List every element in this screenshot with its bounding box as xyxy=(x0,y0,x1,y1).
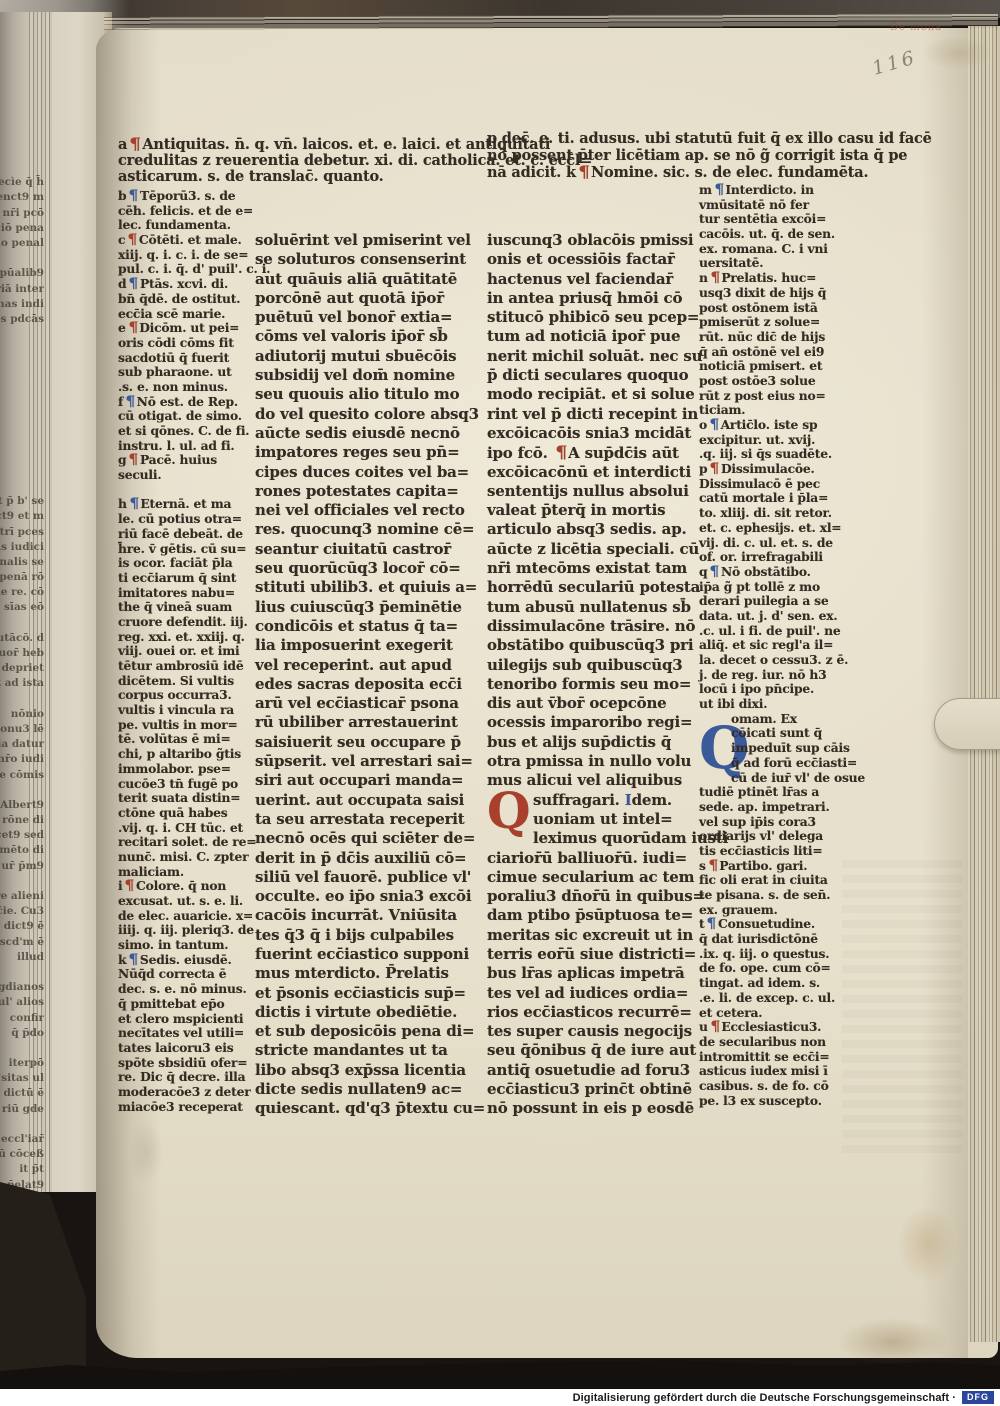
header-block-right: p dec̄. e. ti. adusus. ubi statutū fuit … xyxy=(487,131,847,181)
drop-cap-initial: Q xyxy=(487,791,529,830)
text-line: et cetera. xyxy=(699,1006,845,1021)
text-line: of. or. irrefragabili xyxy=(699,550,845,565)
text-line: seculi. xyxy=(118,468,244,483)
text-line: aut quāuis aliā quātitatē xyxy=(255,270,455,289)
text-line: aliq̄. et sic regl'a il= xyxy=(699,638,845,653)
gutter-fragment xyxy=(0,479,44,494)
gutter-fragment: nōnio xyxy=(0,707,44,722)
text-line: ta seu arrestata receperit xyxy=(255,810,455,829)
colored-initial: I xyxy=(625,791,632,809)
gutter-fragment: ias iudici xyxy=(0,540,44,555)
text-line: mus mterdicto. P̄relatis xyxy=(255,964,455,983)
gutter-fragment: gdianos xyxy=(0,980,44,995)
digitization-credit-bar: Digitalisierung gefördert durch die Deut… xyxy=(0,1389,1000,1406)
gutter-fragment: riā inter xyxy=(0,282,44,297)
gutter-fragment xyxy=(0,464,44,479)
text-line: m¶Interdicto. in xyxy=(699,183,845,198)
credit-text: Digitalisierung gefördert durch die Deut… xyxy=(573,1392,956,1404)
text-line: la. decet o cessu3. z ē. xyxy=(699,653,845,668)
gutter-fragment: cia datur xyxy=(0,737,44,752)
text-line: g¶Pacē. huius xyxy=(118,453,244,468)
text-line: et. c. ephesijs. et. xl= xyxy=(699,521,845,536)
text-line: a¶Antiquitas. n̄. q. vn̄. laicos. et. e.… xyxy=(118,136,452,153)
text-line: cacōis. ut. q̄. de sen. xyxy=(699,227,845,242)
text-line: bus et alijs sup̄dictis q̄ xyxy=(487,733,683,752)
text-line: tum ad noticiā ipor̄ pue xyxy=(487,327,683,346)
text-line: pe. l3 ex suscepto. xyxy=(699,1094,845,1109)
text-line: usq3 dixit de hijs q̄ xyxy=(699,286,845,301)
text-line: noticiā pmisert. et xyxy=(699,359,845,374)
text-line: uersitatē. xyxy=(699,256,845,271)
gutter-fragment xyxy=(0,616,44,631)
text-line: do vel quesito colore absq3 xyxy=(255,405,455,424)
paragraph-mark: ¶ xyxy=(708,859,718,874)
text-line: et si qōnes. C. de fi. xyxy=(118,424,244,439)
stain xyxy=(838,1318,948,1366)
paragraph-mark: ¶ xyxy=(710,271,720,286)
text-line: moderacōe3 z deter xyxy=(118,1085,244,1100)
stain xyxy=(898,1205,956,1283)
text-line: subsidij vel dom̄ nomine xyxy=(255,366,455,385)
text-line: asticus iudex misi ī xyxy=(699,1064,845,1079)
text-line: cacōis incurrāt. Vniūsita xyxy=(255,906,455,925)
text-line: ciarior̄ū balliuor̄ū. iudi= xyxy=(487,849,683,868)
text-line: derari puilegia a se xyxy=(699,594,845,609)
text-line: terris eor̄ū siue districti= xyxy=(487,945,683,964)
text-line: stituti ubilib3. et quiuis a= xyxy=(255,578,455,597)
text-line: s¶Partibo. gari. xyxy=(699,859,845,874)
text-line: rint vel p̄ dicti recepint in xyxy=(487,405,683,424)
text-line: quiescant. qd'q3 p̄textu cu= xyxy=(255,1099,455,1118)
gutter-fragment xyxy=(0,449,44,464)
text-line: d¶Ptās. xcvi. di. xyxy=(118,277,244,292)
text-line: q̄ pmittebat ep̄o xyxy=(118,997,244,1012)
text-line: .q. iij. si q̄s suadēte. xyxy=(699,447,845,462)
text-line: vel sup ip̄is cora3 xyxy=(699,815,845,830)
text-line: hactenus vel faciendar̄ xyxy=(487,270,683,289)
text-line: dissimulacōne trāsire. nō xyxy=(487,617,683,636)
paragraph-mark: ¶ xyxy=(125,879,135,894)
text-line: siri aut occupari manda= xyxy=(255,771,455,790)
gutter-fragment: eccl'iar̄ xyxy=(0,1132,44,1147)
text-line: corpus occurra3. xyxy=(118,688,244,703)
text-line: ecc̄iasticu3 princ̄t obtinē xyxy=(487,1080,683,1099)
gutter-fragment: dict9 ē xyxy=(0,919,44,934)
paragraph-mark: ¶ xyxy=(129,136,141,153)
gutter-fragment xyxy=(0,1117,44,1132)
text-line: immolabor. pse= xyxy=(118,762,244,777)
gutter-fragment: it p̄t xyxy=(0,1162,44,1177)
text-line: h¶Eternā. et ma xyxy=(118,497,244,512)
text-line: nei vel officiales vel recto xyxy=(255,501,455,520)
gutter-fragment: quor̄ heb' xyxy=(0,646,44,661)
gutter-fragment xyxy=(0,783,44,798)
text-line: et clero mspicienti xyxy=(118,1012,244,1027)
text-line: fic oli erat in ciuita xyxy=(699,873,845,888)
gutter-fragment: illud xyxy=(0,950,44,965)
text-line: derit in p̄ dc̄is auxiliū cō= xyxy=(255,849,455,868)
text-line: vultis i vincula ra xyxy=(118,703,244,718)
paragraph-mark: ¶ xyxy=(129,277,139,292)
text-line: t¶Consuetudine. xyxy=(699,917,845,932)
text-line: j. de reg. iur. nō h3 xyxy=(699,668,845,683)
text-line: articulo absq3 sedis. ap. xyxy=(487,520,683,539)
text-line: saisiuerit seu occupare p̄ xyxy=(255,733,455,752)
text-line: poraliu3 dn̄or̄ū in quibus= xyxy=(487,887,683,906)
paragraph-mark: ¶ xyxy=(125,395,135,410)
text-line: cucōe3 tn̄ fugē po xyxy=(118,777,244,792)
text-line: e¶Dicōm. ut pei= xyxy=(118,321,244,336)
text-line: lec. fundamenta. xyxy=(118,218,244,233)
text-line: necītates vel utili= xyxy=(118,1026,244,1041)
text-line: n¶Prelatis. huc= xyxy=(699,271,845,286)
text-line: re. Dic q̄ decre. illa xyxy=(118,1070,244,1085)
text-line: iuscunq3 oblacōis pmissi xyxy=(487,231,683,250)
paragraph-mark: ¶ xyxy=(128,233,138,248)
text-line xyxy=(118,483,244,498)
text-line: cipes duces coites vel ba= xyxy=(255,463,455,482)
text-line: oris cōdi cōms fit xyxy=(118,336,244,351)
gutter-fragment: ū cōceß xyxy=(0,1147,44,1162)
text-line: i¶Colore. q̄ non xyxy=(118,879,244,894)
text-line: nunc̄. misi. C. zpter xyxy=(118,850,244,865)
text-line: excōicacōnū et interdicti xyxy=(487,463,683,482)
gutter-fragment xyxy=(0,874,44,889)
text-line: ecc̄ia scē marie. xyxy=(118,307,244,322)
text-line: k¶Sedis. eiusdē. xyxy=(118,953,244,968)
text-line: data. ut. j. d' sen. ex. xyxy=(699,609,845,624)
text-line: necnō ocēs qui sciēter de= xyxy=(255,829,455,848)
gutter-fragment: sitas ul' xyxy=(0,1071,44,1086)
gutter-fragment: Albert9 xyxy=(0,798,44,813)
dfg-logo: DFG xyxy=(962,1391,994,1404)
text-line: the q̄ vineā suam xyxy=(118,600,244,615)
marginal-red-note: De mona xyxy=(890,22,942,33)
text-line: locū i ipo pn̄cipe. xyxy=(699,682,845,697)
text-line: cruore defendit. iij. xyxy=(118,615,244,630)
paragraph-mark: ¶ xyxy=(129,189,139,204)
text-column-main-left: soluērint vel pmiserint velse soluturos … xyxy=(255,231,455,1119)
gutter-fragment: us depriet xyxy=(0,661,44,676)
text-line: adiutorij mutui sbuēcōis xyxy=(255,347,455,366)
text-line: pmiserūt z solue= xyxy=(699,315,845,330)
gutter-fragment xyxy=(0,418,44,433)
gutter-fragment: spūalib9 xyxy=(0,266,44,281)
text-line: ip̄a g̃ pt tollē z mo xyxy=(699,580,845,595)
text-line: cimue secularium ac tem xyxy=(487,868,683,887)
book-edge-bottom-left xyxy=(0,1182,86,1392)
text-line: nā adicit. k¶Nomine. sic. s. de elec. fu… xyxy=(487,164,847,181)
text-line: arū vel ecc̄iasticar̄ psona xyxy=(255,694,455,713)
text-line: horrēdū seculariū potesta xyxy=(487,578,683,597)
text-line: tur sentētia excōi= xyxy=(699,212,845,227)
text-line: casibus. s. de fo. cō xyxy=(699,1079,845,1094)
gutter-fragment: renct9 m xyxy=(0,190,44,205)
text-line: tis ecc̄iasticis liti= xyxy=(699,844,845,859)
gutter-fragment: ur̄ p̄m9 xyxy=(0,859,44,874)
text-line: tates laicoru3 eis xyxy=(118,1041,244,1056)
text-line: sententijs nullus absolui xyxy=(487,482,683,501)
text-line: .s. e. non minus. xyxy=(118,380,244,395)
gutter-fragment: riū gde xyxy=(0,1102,44,1117)
text-line: lius cuiuscūq3 p̄eminētie xyxy=(255,598,455,617)
text-line: cēh. felicis. et de e= xyxy=(118,204,244,219)
text-line: p dec̄. e. ti. adusus. ubi statutū fuit … xyxy=(487,131,847,148)
text-line: ticiam. xyxy=(699,403,845,418)
text-line: ordiarijs vl' delega xyxy=(699,829,845,844)
paragraph-mark: ¶ xyxy=(710,1020,720,1035)
text-line: riū facē debeāt. de xyxy=(118,527,244,542)
text-line: post ostōe3 solue xyxy=(699,374,845,389)
text-line: spōte sbsidiū ofer= xyxy=(118,1056,244,1071)
text-line: ocessis imparoribo regi= xyxy=(487,713,683,732)
text-line: rūt z post eius no= xyxy=(699,389,845,404)
text-line: vmūsitatē nō fer xyxy=(699,198,845,213)
text-line: tē. volūtas ē mi= xyxy=(118,732,244,747)
text-line: ctōne quā habes xyxy=(118,806,244,821)
text-line: f¶Nō est. de Rep. xyxy=(118,395,244,410)
text-line: pul. c. i. q̄. d' puil'. c. i. xyxy=(118,262,244,277)
text-line: excusat. ut. s. e. li. xyxy=(118,894,244,909)
text-line: de secularibus non xyxy=(699,1035,845,1050)
text-line: u¶Ecclesiasticu3. xyxy=(699,1020,845,1035)
gutter-fragment: nr̄i pcō xyxy=(0,206,44,221)
drop-cap-initial: Q xyxy=(699,712,727,785)
text-line: de fo. ope. cum cō= xyxy=(699,961,845,976)
text-line: porcōnē aut quotā ip̄or̄ xyxy=(255,289,455,308)
gutter-fragment xyxy=(0,342,44,357)
paragraph-mark: ¶ xyxy=(129,953,139,968)
gutter-fragment xyxy=(0,327,44,342)
text-line: pe. vultis in mor= xyxy=(118,718,244,733)
text-line: vij. di. c. ul. et. s. de xyxy=(699,536,845,551)
text-line: asticarum. s. de translac̄. quanto. xyxy=(118,169,452,186)
gutter-fragment: ecìe q̄ h̄ xyxy=(0,175,44,190)
gutter-fragment: cet9 sed' xyxy=(0,828,44,843)
text-line: nr̄i mtecōms existat tam xyxy=(487,559,683,578)
text-line: lia imposuerint exegerit xyxy=(255,636,455,655)
text-line: libo absq3 exp̄ssa licentia xyxy=(255,1061,455,1080)
text-line: le. cū potius otra= xyxy=(118,512,244,527)
text-line: occulte. eo ip̄o snia3 excōi xyxy=(255,887,455,906)
text-line: q̄ an̄ ostōnē vel ei9 xyxy=(699,345,845,360)
text-line: q̄ dat iurisdictōnē xyxy=(699,932,845,947)
text-line: tētur ambrosiū idē xyxy=(118,659,244,674)
text-line: recitari solet. de re= xyxy=(118,835,244,850)
text-line: q¶Nō obstātibo. xyxy=(699,565,845,580)
text-line: dictis i virtute obediētie. xyxy=(255,1003,455,1022)
gutter-text-fragments: ecìe q̄ h̄renct9 mnr̄i pcōciō penado pen… xyxy=(0,160,44,1208)
gutter-fragment xyxy=(0,357,44,372)
text-line: sūpserit. vel arrestari sai= xyxy=(255,752,455,771)
text-line: et p̄sonis ecc̄iasticis sup̄= xyxy=(255,984,455,1003)
gutter-fragment xyxy=(0,433,44,448)
gutter-fragment: rīct9 et m xyxy=(0,509,44,524)
text-line: in antea priusq̄ hmōi cō xyxy=(487,289,683,308)
text-line: iiij. q. iij. pleriq3. de xyxy=(118,923,244,938)
parchment-index-tab xyxy=(934,698,1000,750)
text-line: instru. l. ul. ad fi. xyxy=(118,439,244,454)
gutter-fragment: mēto di xyxy=(0,843,44,858)
paragraph-mark: ¶ xyxy=(129,497,139,512)
text-line: uilegijs sub quibuscūq3 xyxy=(487,656,683,675)
text-line: maliciam. xyxy=(118,865,244,880)
text-line: sub pharaone. ut xyxy=(118,365,244,380)
text-line: seu quouis alio titulo mo xyxy=(255,385,455,404)
text-line: rios ecc̄iasticos recurrē= xyxy=(487,1003,683,1022)
text-line: vel receperint. aut apud xyxy=(255,656,455,675)
text-line: seantur ciuitatū castror̄ xyxy=(255,540,455,559)
text-line: bn̄ q̄dē. de ostitut. xyxy=(118,292,244,307)
text-line: impatores reges seu pn̄= xyxy=(255,443,455,462)
text-line: excōicacōis snia3 mcidāt xyxy=(487,424,683,443)
text-line: rū ubiliber arrestauerint xyxy=(255,713,455,732)
gutter-fragment: ul' alios xyxy=(0,995,44,1010)
text-line: tudiē ptinēt lr̄as a xyxy=(699,785,845,800)
text-line: edes sacras deposita ecc̄i xyxy=(255,675,455,694)
header-block-left: a¶Antiquitas. n̄. q. vn̄. laicos. et. e.… xyxy=(118,136,452,186)
gutter-fragment: q̄ rōne di xyxy=(0,813,44,828)
text-line: se soluturos consenserint xyxy=(255,250,455,269)
gutter-fragment xyxy=(0,373,44,388)
gutter-fragment: cū trī pces xyxy=(0,525,44,540)
gutter-fragment: dictū ē xyxy=(0,1086,44,1101)
text-line: tes super causis negocijs xyxy=(487,1022,683,1041)
text-line: otra pmissa in nullo volu xyxy=(487,752,683,771)
text-line: nō possent p̄ter licētiam ap. se nō g̃ c… xyxy=(487,148,847,165)
text-line: tingat. ad idem. s. xyxy=(699,976,845,991)
gutter-fragment: q̄ p̄do xyxy=(0,1026,44,1041)
text-column-gloss-right: m¶Interdicto. invmūsitatē nō fertur sent… xyxy=(699,183,845,1108)
gutter-fragment: pe cōmis xyxy=(0,768,44,783)
text-line: imitatores nabu= xyxy=(118,586,244,601)
text-line: excipitur. ut. xvij. xyxy=(699,433,845,448)
stain xyxy=(922,36,992,70)
text-line: stitucō phibicō seu pcep= xyxy=(487,308,683,327)
text-line: viij. ouei or. et imi xyxy=(118,644,244,659)
paragraph-mark: ¶ xyxy=(709,418,719,433)
text-line: et sub deposicōis pena di= xyxy=(255,1022,455,1041)
text-line: seu q̄ōnibus q̄ de iure aut xyxy=(487,1041,683,1060)
text-line: post ostōnem istā xyxy=(699,301,845,316)
text-column-gloss-left: b¶Tēporū3. s. decēh. felicis. et de e=le… xyxy=(118,189,244,1114)
gutter-fragment xyxy=(0,1041,44,1056)
text-line: bus lr̄as aplicas impetrā xyxy=(487,964,683,983)
text-line: dam ptibo p̄sūptuosa te= xyxy=(487,906,683,925)
text-line: o¶Artic̄lo. iste sp xyxy=(699,418,845,433)
text-line: h̄re. v̄ gētis. cū su= xyxy=(118,542,244,557)
text-line: soluērint vel pmiserint vel xyxy=(255,231,455,250)
gutter-fragment: penalis se xyxy=(0,555,44,570)
gutter-fragment: nr̄o iudi xyxy=(0,752,44,767)
text-line: puētuū vel bonor̄ extia= xyxy=(255,308,455,327)
text-line: seu quorūcūq3 locor̄ cō= xyxy=(255,559,455,578)
text-line: de elec. auaricie. x= xyxy=(118,909,244,924)
text-line: p̄ dicti seculares quoquo xyxy=(487,366,683,385)
text-line: nō possunt in eis p eosdē xyxy=(487,1099,683,1118)
ink-showthrough xyxy=(842,860,962,1160)
text-line: c¶Cōtēti. et male. xyxy=(118,233,244,248)
gutter-fragment: scd'm ē xyxy=(0,935,44,950)
text-line: valeat p̄terq̄ in mortis xyxy=(487,501,683,520)
gutter-fragment: ecc̄ie. Cu3 xyxy=(0,904,44,919)
text-line: obstātibo quibuscūq3 pri xyxy=(487,636,683,655)
digitized-manuscript-scan: ecìe q̄ h̄renct9 mnr̄i pcōciō penado pen… xyxy=(0,0,1000,1406)
text-line: ex. grauem. xyxy=(699,903,845,918)
gutter-fragment: putācō. d' xyxy=(0,631,44,646)
gutter-fragment xyxy=(0,251,44,266)
text-line: miacōe3 receperat xyxy=(118,1100,244,1115)
text-line: credulitas z reuerentia debetur. xi. di.… xyxy=(118,153,452,170)
text-line: dec. s. e. nō minus. xyxy=(118,982,244,997)
text-line: meritas sic excreuit ut in xyxy=(487,926,683,945)
text-line: rūt. nūc dic̄ de hijs xyxy=(699,330,845,345)
text-line: is ocor. faciāt p̄la xyxy=(118,556,244,571)
text-line: antiq̄ osuetudie ad foru3 xyxy=(487,1061,683,1080)
text-line: Nūq̄d correcta ē xyxy=(118,967,244,982)
text-line: sacdotiū q̄ fuerit xyxy=(118,351,244,366)
text-line: tes q̄3 q̄ i bijs culpabiles xyxy=(255,926,455,945)
text-line: p¶Dissimulacōe. xyxy=(699,462,845,477)
text-line: b¶Tēporū3. s. de xyxy=(118,189,244,204)
paragraph-mark: ¶ xyxy=(714,183,724,198)
text-line: aūcte sedis eiusdē necnō xyxy=(255,424,455,443)
text-line: intromittit se ecc̄i= xyxy=(699,1050,845,1065)
paragraph-mark: ¶ xyxy=(707,917,717,932)
gutter-fragment xyxy=(0,692,44,707)
text-line: ex. romana. C. i vni xyxy=(699,242,845,257)
text-line: siliū vel fauorē. publice vl' xyxy=(255,868,455,887)
text-line: onis et ocessiōis factar̄ xyxy=(487,250,683,269)
text-line: cōms vel valoris ip̄or̄ sb̄ xyxy=(255,327,455,346)
gutter-fragment: nas indi xyxy=(0,297,44,312)
stacked-page-edges-right xyxy=(968,26,1000,1342)
text-line: xiij. q. i. c. i. de se= xyxy=(118,248,244,263)
text-line: catū mortale i p̄la= xyxy=(699,491,845,506)
paragraph-mark: ¶ xyxy=(128,321,138,336)
stain xyxy=(128,1120,164,1184)
gutter-fragment: cū sīas eō. xyxy=(0,600,44,615)
text-line: cū otigat. de simo. xyxy=(118,409,244,424)
text-line: .c. ul. i fi. de puil'. ne xyxy=(699,624,845,639)
text-line: .ix. q. iij. o questus. xyxy=(699,947,845,962)
paragraph-mark: ¶ xyxy=(578,164,590,181)
gutter-fragment: cō penā rō xyxy=(0,570,44,585)
text-line: .e. li. de excep. c. ul. xyxy=(699,991,845,1006)
book-edge-bottom xyxy=(0,1358,1000,1389)
text-line: condicōis et status q̄ ta= xyxy=(255,617,455,636)
text-line: res. quocunq3 nomine cē= xyxy=(255,520,455,539)
text-line: dicētem. Si vultis xyxy=(118,674,244,689)
text-line: chi, p altaribo g̃tis xyxy=(118,747,244,762)
paragraph-mark: ¶ xyxy=(129,453,139,468)
text-line: dis aut v̄bor̄ ocepcōne xyxy=(487,694,683,713)
gutter-fragment: os pdcās xyxy=(0,312,44,327)
paragraph-mark: ¶ xyxy=(555,443,567,462)
text-line: tum abusū nullatenus sb̄ xyxy=(487,598,683,617)
gutter-fragment: do penal' xyxy=(0,236,44,251)
text-line: nerit michil soluāt. nec su xyxy=(487,347,683,366)
paragraph-mark: ¶ xyxy=(710,462,720,477)
text-line: modo recipiāt. et si solue xyxy=(487,385,683,404)
text-line: ipo fcō. ¶A sup̄dc̄is aūt xyxy=(487,443,683,462)
gutter-fragment: re alieni xyxy=(0,889,44,904)
text-line: reg. xxi. et. xxiij. q. xyxy=(118,630,244,645)
text-line: te pisana. s. de sen̄. xyxy=(699,888,845,903)
text-line: mus alicui vel aliquibus xyxy=(487,771,683,790)
gutter-fragment: iterpō xyxy=(0,1056,44,1071)
gutter-fragment: os et ad ista xyxy=(0,676,44,691)
